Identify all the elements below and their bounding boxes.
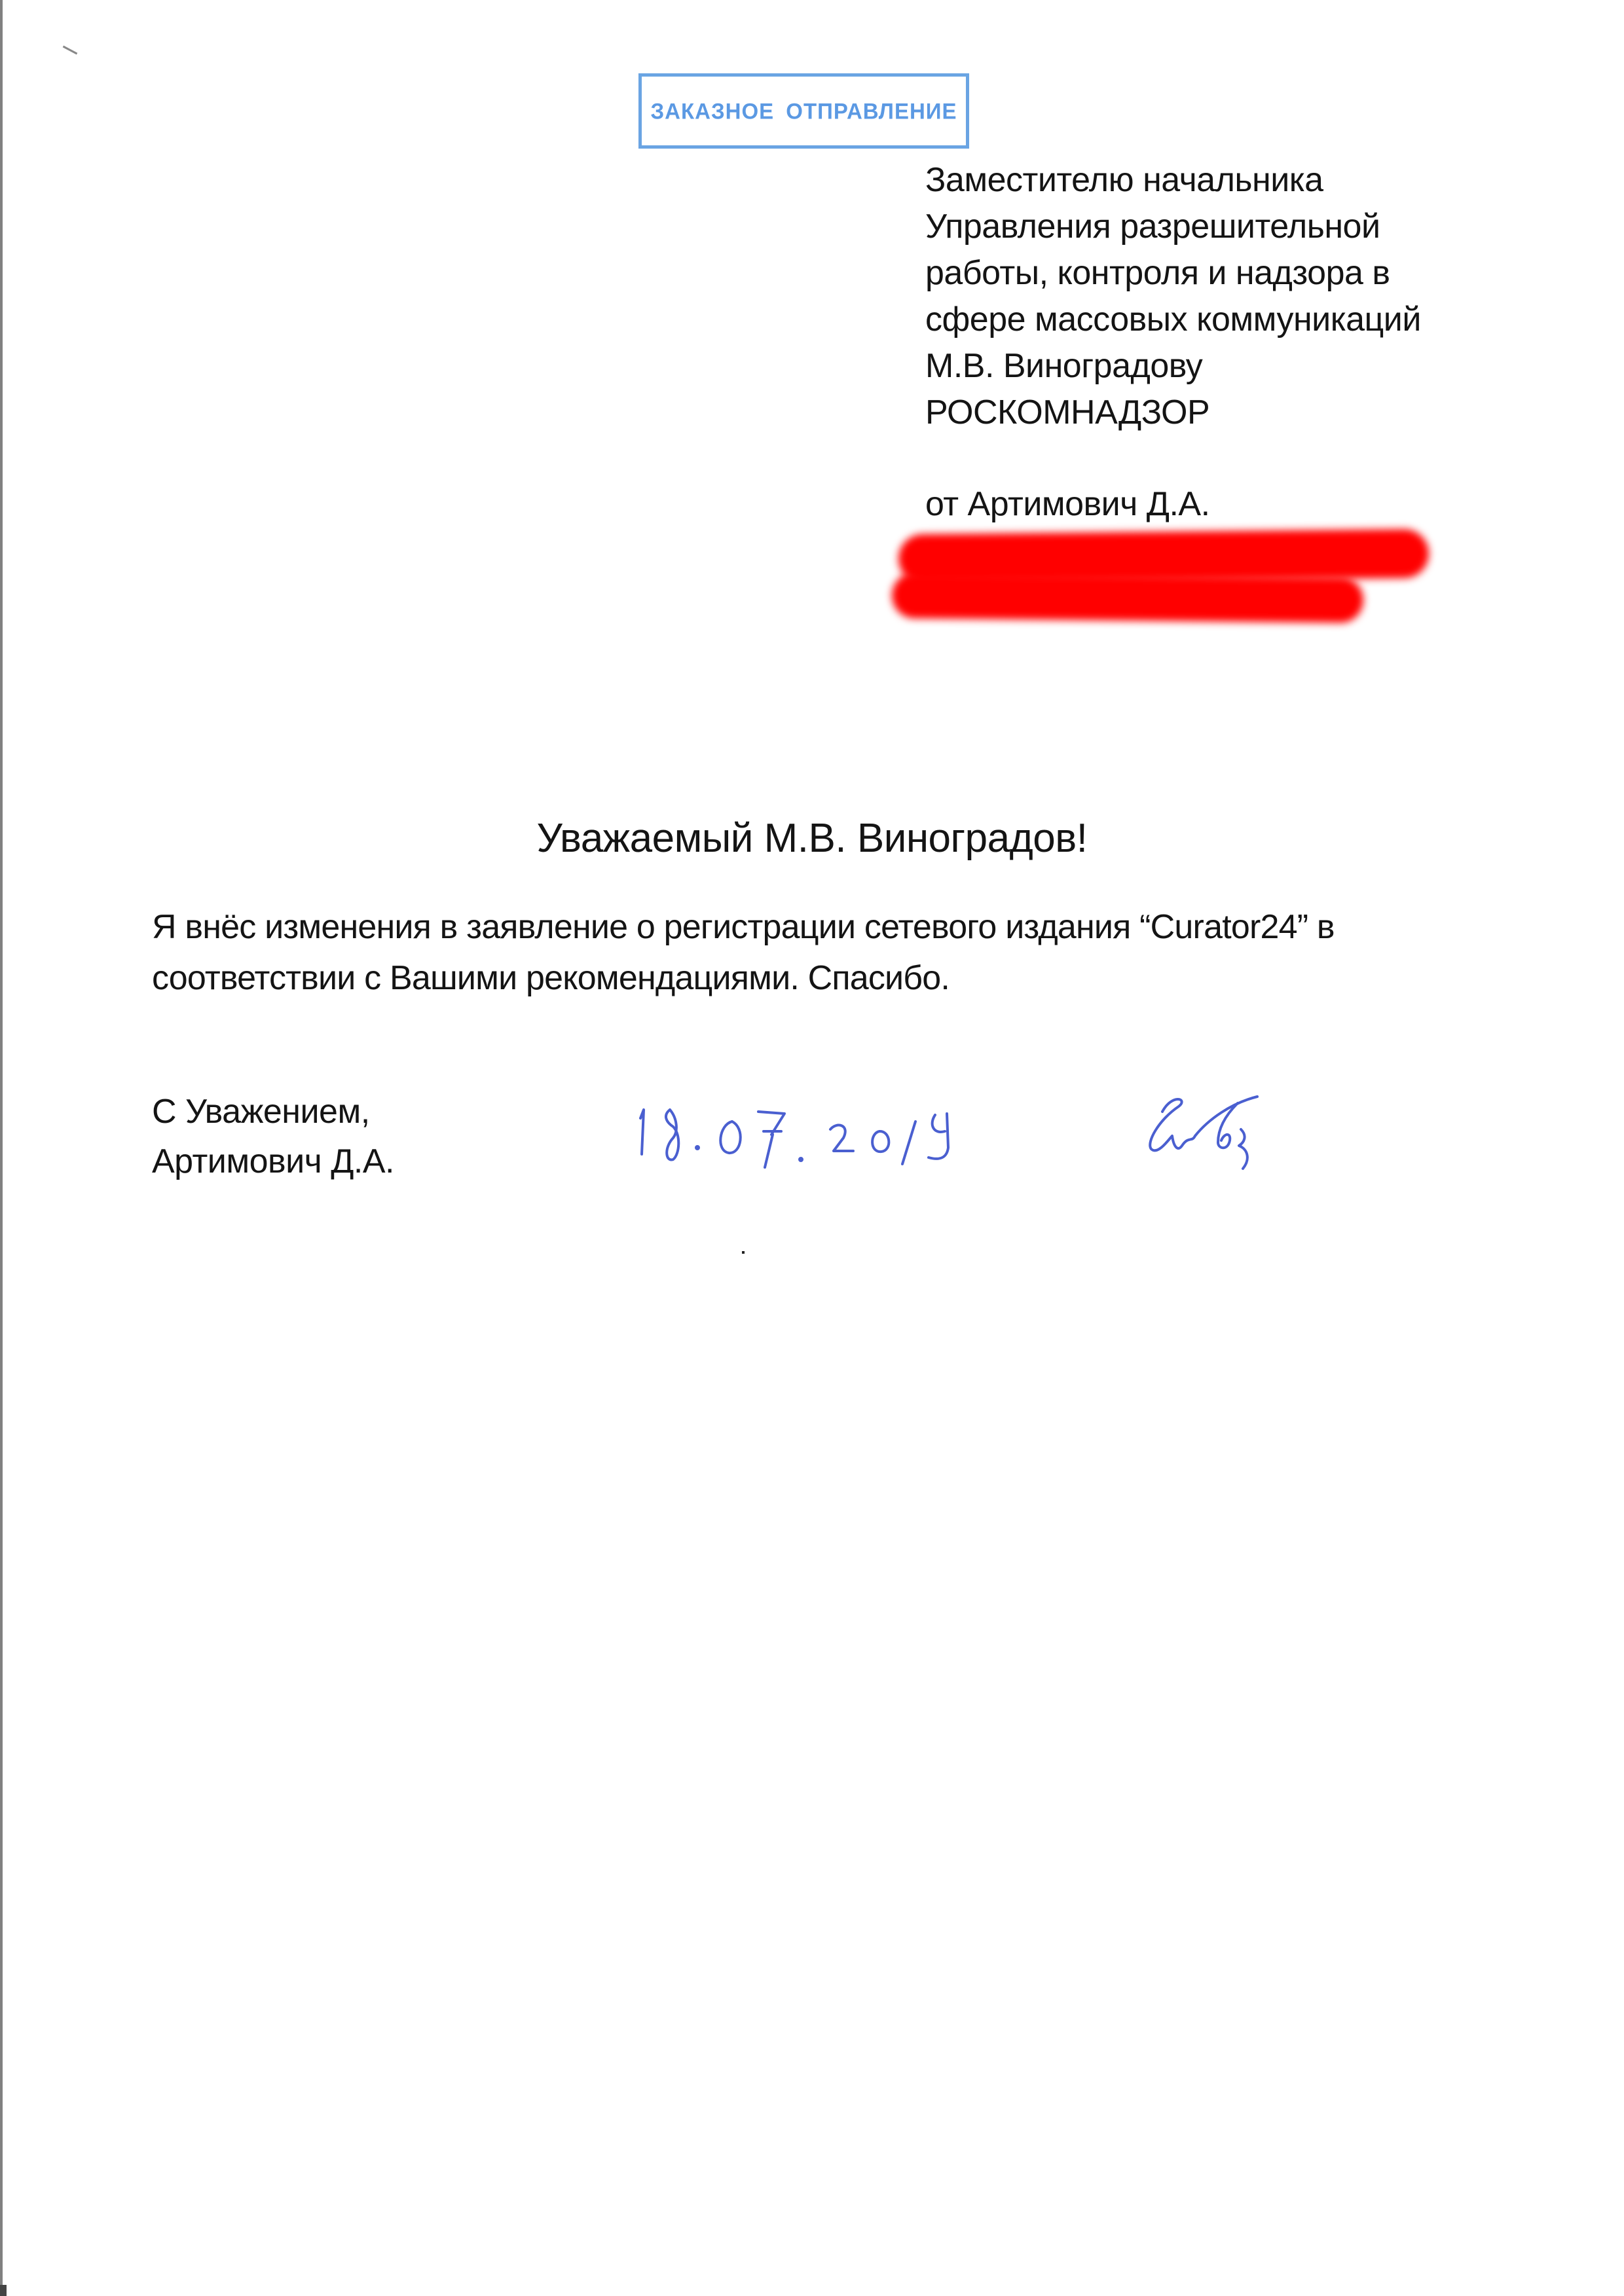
closing-name: Артимович Д.А. bbox=[152, 1137, 394, 1186]
sender-name: от Артимович Д.А. bbox=[925, 481, 1210, 528]
addressee-line: Заместителю начальника bbox=[925, 157, 1515, 204]
sender-block: от Артимович Д.А. bbox=[925, 481, 1210, 528]
scan-artifact bbox=[742, 1251, 745, 1254]
addressee-line: М.В. Виноградову bbox=[925, 343, 1515, 390]
body-line: соответствии с Вашими рекомендациями. Сп… bbox=[152, 953, 1462, 1004]
stamp-text: ЗАКАЗНОЕ ОТПРАВЛЕНИЕ bbox=[650, 98, 957, 124]
addressee-block: Заместителю начальника Управления разреш… bbox=[925, 157, 1515, 436]
document-page: ЗАКАЗНОЕ ОТПРАВЛЕНИЕ Заместителю начальн… bbox=[0, 0, 1624, 2296]
signature bbox=[1126, 1080, 1270, 1178]
letter-body: Я внёс изменения в заявление о регистрац… bbox=[152, 902, 1462, 1004]
registered-mail-stamp: ЗАКАЗНОЕ ОТПРАВЛЕНИЕ bbox=[638, 73, 969, 149]
addressee-line: Управления разрешительной bbox=[925, 204, 1515, 250]
scan-artifact bbox=[63, 46, 78, 55]
body-line: Я внёс изменения в заявление о регистрац… bbox=[152, 902, 1462, 953]
greeting: Уважаемый М.В. Виноградов! bbox=[0, 815, 1624, 862]
addressee-line: работы, контроля и надзора в bbox=[925, 250, 1515, 297]
scan-edge-shadow bbox=[0, 0, 3, 2296]
addressee-line: сфере массовых коммуникаций bbox=[925, 297, 1515, 343]
closing-salutation: С Уважением, bbox=[152, 1087, 394, 1137]
closing-block: С Уважением, Артимович Д.А. bbox=[152, 1087, 394, 1186]
redaction-mark bbox=[892, 572, 1364, 623]
scan-artifact bbox=[0, 2285, 7, 2296]
handwritten-date: 18.07.2019 bbox=[634, 1102, 955, 1174]
addressee-line: РОСКОМНАДЗОР bbox=[925, 390, 1515, 436]
